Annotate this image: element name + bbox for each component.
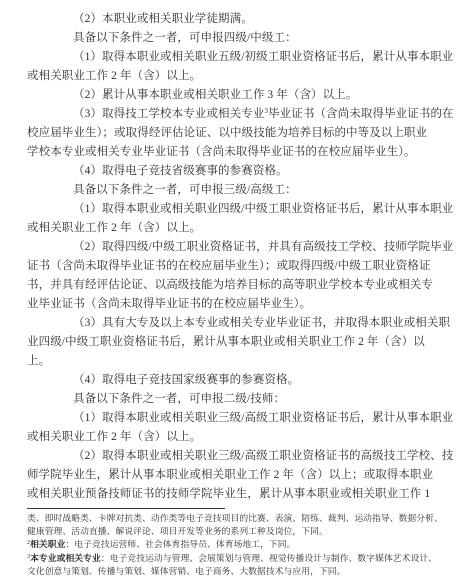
text-line: （2）累计从事本职业或相关职业工作 3 年（含）以上。 bbox=[27, 86, 439, 105]
text-line-content: （2）本职业或相关职业学徒期满。 bbox=[73, 13, 253, 25]
text-line-content: （4）取得电子竞技国家级赛事的参赛资格。 bbox=[73, 374, 299, 386]
text-line: 或相关职业工作 2 年（含）以上。 bbox=[27, 219, 439, 238]
text-line-content: 具备以下条件之一者，可申报四级/中级工： bbox=[73, 32, 297, 44]
text-line-content: 毕业证书（含尚未取得毕业证书的在 bbox=[268, 108, 454, 120]
text-line: （2）取得四级/中级工职业资格证书，并具有高级技工学校、技师学院毕业 bbox=[27, 238, 439, 257]
text-line-content: 业四级/中级工职业资格证书后，累计从事本职业或相关职业工作 2 年（含）以 bbox=[27, 336, 425, 348]
text-line: 或相关职业工作 2 年（含）以上。 bbox=[27, 67, 439, 86]
footnote-text: 类、即时战略类、卡牌对抗类、动作类等电子竞技项目的比赛、表演、陪练、裁判、运动指… bbox=[27, 513, 443, 523]
text-line: 师学院毕业生，累计从事本职业或相关职业工作 2 年（含）以上；或取得本职业 bbox=[27, 466, 439, 485]
text-line: （2）取得本职业或相关职业三级/高级工职业资格证书的高级技工学校、技 bbox=[27, 447, 439, 466]
text-line-content: （3）具有大专及以上本专业或相关专业毕业证书，并取得本职业或相关职 bbox=[73, 317, 450, 329]
text-line-content: 或相关职业工作 2 年（含）以上。 bbox=[27, 70, 201, 82]
text-line-content: 学校本专业或相关专业毕业证书（含尚未取得毕业证书的在校应届毕业生）。 bbox=[27, 146, 416, 158]
footnote-term: 本专业或相关专业 bbox=[30, 553, 101, 563]
footnote-line: 类、即时战略类、卡牌对抗类、动作类等电子竞技项目的比赛、表演、陪练、裁判、运动指… bbox=[27, 512, 441, 525]
footnotes: 类、即时战略类、卡牌对抗类、动作类等电子竞技项目的比赛、表演、陪练、裁判、运动指… bbox=[27, 512, 441, 578]
text-line-content: （1）取得本职业或相关职业五级/初级工职业资格证书后，累计从事本职业 bbox=[73, 51, 453, 63]
footnote-text: ：电子竞技运营师、社会体育指导员、体育场地工，下同。 bbox=[65, 539, 295, 549]
text-line-content: （2）取得四级/中级工职业资格证书，并具有高级技工学校、技师学院毕业 bbox=[73, 241, 453, 253]
text-line-content: （4）取得电子竞技省级赛事的参赛资格。 bbox=[73, 165, 288, 177]
text-line-content: 或相关职业工作 2 年（含）以上。 bbox=[27, 431, 201, 443]
text-line-content: 师学院毕业生，累计从事本职业或相关职业工作 2 年（含）以上；或取得本职业 bbox=[27, 469, 433, 481]
text-line: 证书（含尚未取得毕业证书的在校应届毕业生）；或取得四级/中级工职业资格证 bbox=[27, 257, 439, 276]
text-line: 校应届毕业生）；或取得经评估论证、以中级技能为培养目标的中等及以上职业 bbox=[27, 124, 439, 143]
text-line: 业毕业证书（含尚未取得毕业证书的在校应届毕业生）。 bbox=[27, 295, 439, 314]
text-line: 具备以下条件之一者，可申报三级/高级工： bbox=[27, 181, 439, 200]
footnote-line: 3本专业或相关专业：电子竞技运动与管理、会展策划与管理、视觉传播设计与制作、数字… bbox=[27, 552, 441, 565]
text-line: 或相关职业预备技师证书的技师学院毕业生，累计从事本职业或相关职业工作 1 bbox=[27, 485, 439, 504]
text-line-content: 具备以下条件之一者，可申报三级/高级工： bbox=[73, 184, 297, 196]
text-line-content: 具备以下条件之一者，可申报二级/技师： bbox=[73, 393, 285, 405]
footnote-text: 健康管理、活动直播、解说评论、项目开发等业务的系列工种及岗位，下同。 bbox=[27, 526, 328, 536]
text-line: （4）取得电子竞技省级赛事的参赛资格。 bbox=[27, 162, 439, 181]
text-line-content: （2）累计从事本职业或相关职业工作 3 年（含）以上。 bbox=[73, 89, 357, 101]
text-line-content: （3）取得技工学校本专业或相关专业 bbox=[73, 108, 264, 120]
footnote-text: ：电子竞技运动与管理、会展策划与管理、视觉传播设计与制作、数字媒体艺术设计、 bbox=[101, 553, 437, 563]
text-line: （3）取得技工学校本专业或相关专业3毕业证书（含尚未取得毕业证书的在 bbox=[27, 105, 439, 124]
text-line-content: （2）取得本职业或相关职业三级/高级工职业资格证书的高级技工学校、技 bbox=[73, 450, 453, 462]
document-page: （2）本职业或相关职业学徒期满。具备以下条件之一者，可申报四级/中级工：（1）取… bbox=[0, 0, 464, 588]
text-line-content: 或相关职业工作 2 年（含）以上。 bbox=[27, 222, 201, 234]
text-line-content: （1）取得本职业或相关职业三级/高级工职业资格证书后，累计从事本职业 bbox=[73, 412, 453, 424]
text-line: 具备以下条件之一者，可申报四级/中级工： bbox=[27, 29, 439, 48]
text-line: （4）取得电子竞技国家级赛事的参赛资格。 bbox=[27, 371, 439, 390]
text-line: 上。 bbox=[27, 352, 439, 371]
text-line: （3）具有大专及以上本专业或相关专业毕业证书，并取得本职业或相关职 bbox=[27, 314, 439, 333]
text-line: （1）取得本职业或相关职业五级/初级工职业资格证书后，累计从事本职业 bbox=[27, 48, 439, 67]
text-line-content: 书，并具有经评估论证、以高级技能为培养目标的高等职业学校本专业或相关专 bbox=[27, 279, 433, 291]
text-line: 具备以下条件之一者，可申报二级/技师： bbox=[27, 390, 439, 409]
footnote-term: 相关职业 bbox=[30, 539, 65, 549]
text-line-content: 业毕业证书（含尚未取得毕业证书的在校应届毕业生）。 bbox=[27, 298, 311, 310]
text-line-content: 或相关职业预备技师证书的技师学院毕业生，累计从事本职业或相关职业工作 1 bbox=[27, 488, 430, 500]
text-line: 书，并具有经评估论证、以高级技能为培养目标的高等职业学校本专业或相关专 bbox=[27, 276, 439, 295]
footnote-line: 健康管理、活动直播、解说评论、项目开发等业务的系列工种及岗位，下同。 bbox=[27, 525, 441, 538]
text-line-content: （1）取得本职业或相关职业四级/中级工职业资格证书后，累计从事本职业 bbox=[73, 203, 453, 215]
text-line: 业四级/中级工职业资格证书后，累计从事本职业或相关职业工作 2 年（含）以 bbox=[27, 333, 439, 352]
footnote-line: 文化创意与策划、传播与策划、媒体营销、电子商务、大数据技术与应用，下同。 bbox=[27, 565, 441, 578]
text-line: 学校本专业或相关专业毕业证书（含尚未取得毕业证书的在校应届毕业生）。 bbox=[27, 143, 439, 162]
footnote-line: 2相关职业：电子竞技运营师、社会体育指导员、体育场地工，下同。 bbox=[27, 538, 441, 551]
text-line: （1）取得本职业或相关职业四级/中级工职业资格证书后，累计从事本职业 bbox=[27, 200, 439, 219]
footnote-separator bbox=[27, 508, 225, 509]
body-text: （2）本职业或相关职业学徒期满。具备以下条件之一者，可申报四级/中级工：（1）取… bbox=[27, 10, 439, 504]
text-line-content: 校应届毕业生）；或取得经评估论证、以中级技能为培养目标的中等及以上职业 bbox=[27, 127, 427, 139]
text-line: （1）取得本职业或相关职业三级/高级工职业资格证书后，累计从事本职业 bbox=[27, 409, 439, 428]
text-line-content: 证书（含尚未取得毕业证书的在校应届毕业生）；或取得四级/中级工职业资格证 bbox=[27, 260, 431, 272]
text-line: 或相关职业工作 2 年（含）以上。 bbox=[27, 428, 439, 447]
text-line: （2）本职业或相关职业学徒期满。 bbox=[27, 10, 439, 29]
text-line-content: 上。 bbox=[27, 355, 50, 367]
footnote-text: 文化创意与策划、传播与策划、媒体营销、电子商务、大数据技术与应用，下同。 bbox=[27, 566, 346, 576]
